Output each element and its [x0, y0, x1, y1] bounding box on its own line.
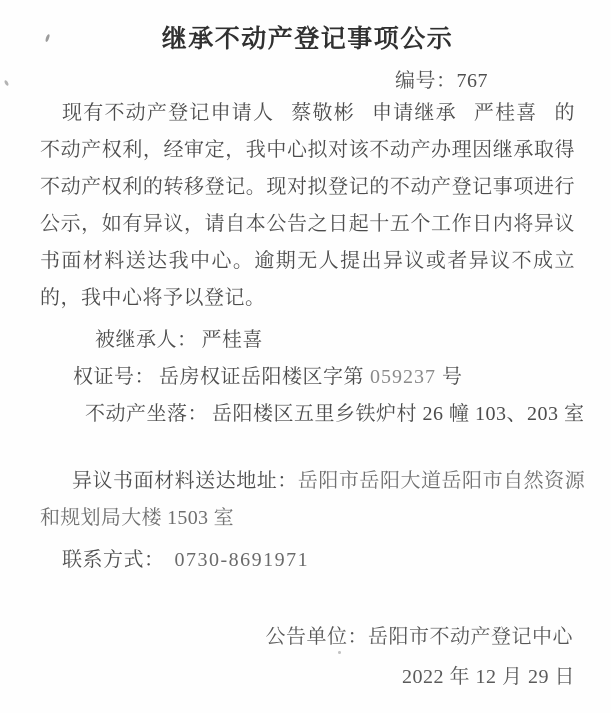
- field-decedent-value: 严桂喜: [202, 329, 264, 351]
- footer-date: 2022 年 12 月 29 日: [40, 659, 575, 696]
- field-location-value: 岳阳楼区五里乡铁炉村 26 幢 103、203 室: [212, 403, 585, 425]
- field-certificate-prefix: 岳房权证岳阳楼区字第: [159, 366, 364, 388]
- field-certificate-number: 059237: [370, 366, 436, 388]
- objection-address-block: 异议书面材料送达地址：岳阳市岳阳大道岳阳市自然资源和规划局大楼 1503 室: [40, 463, 585, 537]
- document-number-value: 767: [457, 70, 489, 92]
- document-number-label: 编号：: [395, 70, 457, 92]
- field-certificate-label: 权证号：: [73, 366, 155, 388]
- body-rest: 的不动产权利，经审定，我中心拟对该不动产办理因继承取得不动产权利的转移登记。现对…: [40, 102, 575, 309]
- notice-document: 继承不动产登记事项公示 编号：767 现有不动产登记申请人蔡敬彬申请继承严桂喜的…: [0, 0, 611, 713]
- contact-label: 联系方式：: [62, 549, 165, 571]
- contact-line: 联系方式：0730-8691971: [62, 542, 575, 579]
- page-title: 继承不动产登记事项公示: [40, 0, 575, 55]
- scan-speckle-icon: [4, 80, 10, 87]
- decedent-name-inline: 严桂喜: [474, 102, 538, 124]
- field-decedent-label: 被继承人：: [95, 329, 198, 351]
- body-action: 申请继承: [372, 102, 457, 124]
- footer-unit-value: 岳阳市不动产登记中心: [368, 626, 573, 648]
- field-location: 不动产坐落：岳阳楼区五里乡铁炉村 26 幢 103、203 室: [85, 396, 575, 433]
- footer-date-text: 2022 年 12 月 29 日: [402, 666, 575, 688]
- notice-body-paragraph: 现有不动产登记申请人蔡敬彬申请继承严桂喜的不动产权利，经审定，我中心拟对该不动产…: [40, 95, 575, 317]
- field-list: 被继承人：严桂喜 权证号：岳房权证岳阳楼区字第059237号 不动产坐落：岳阳楼…: [40, 322, 575, 433]
- footer-unit-line: 公告单位：岳阳市不动产登记中心: [40, 619, 575, 656]
- document-number-line: 编号：767: [40, 69, 575, 93]
- body-intro: 现有不动产登记申请人: [62, 102, 274, 124]
- applicant-name: 蔡敬彬: [291, 102, 355, 124]
- field-certificate: 权证号：岳房权证岳阳楼区字第059237号: [73, 359, 575, 396]
- objection-address-label: 异议书面材料送达地址：: [72, 470, 298, 492]
- field-certificate-suffix: 号: [442, 366, 463, 388]
- field-location-label: 不动产坐落：: [85, 403, 208, 425]
- field-decedent: 被继承人：严桂喜: [95, 322, 575, 359]
- contact-phone: 0730-8691971: [175, 549, 310, 571]
- footer-unit-label: 公告单位：: [266, 626, 369, 648]
